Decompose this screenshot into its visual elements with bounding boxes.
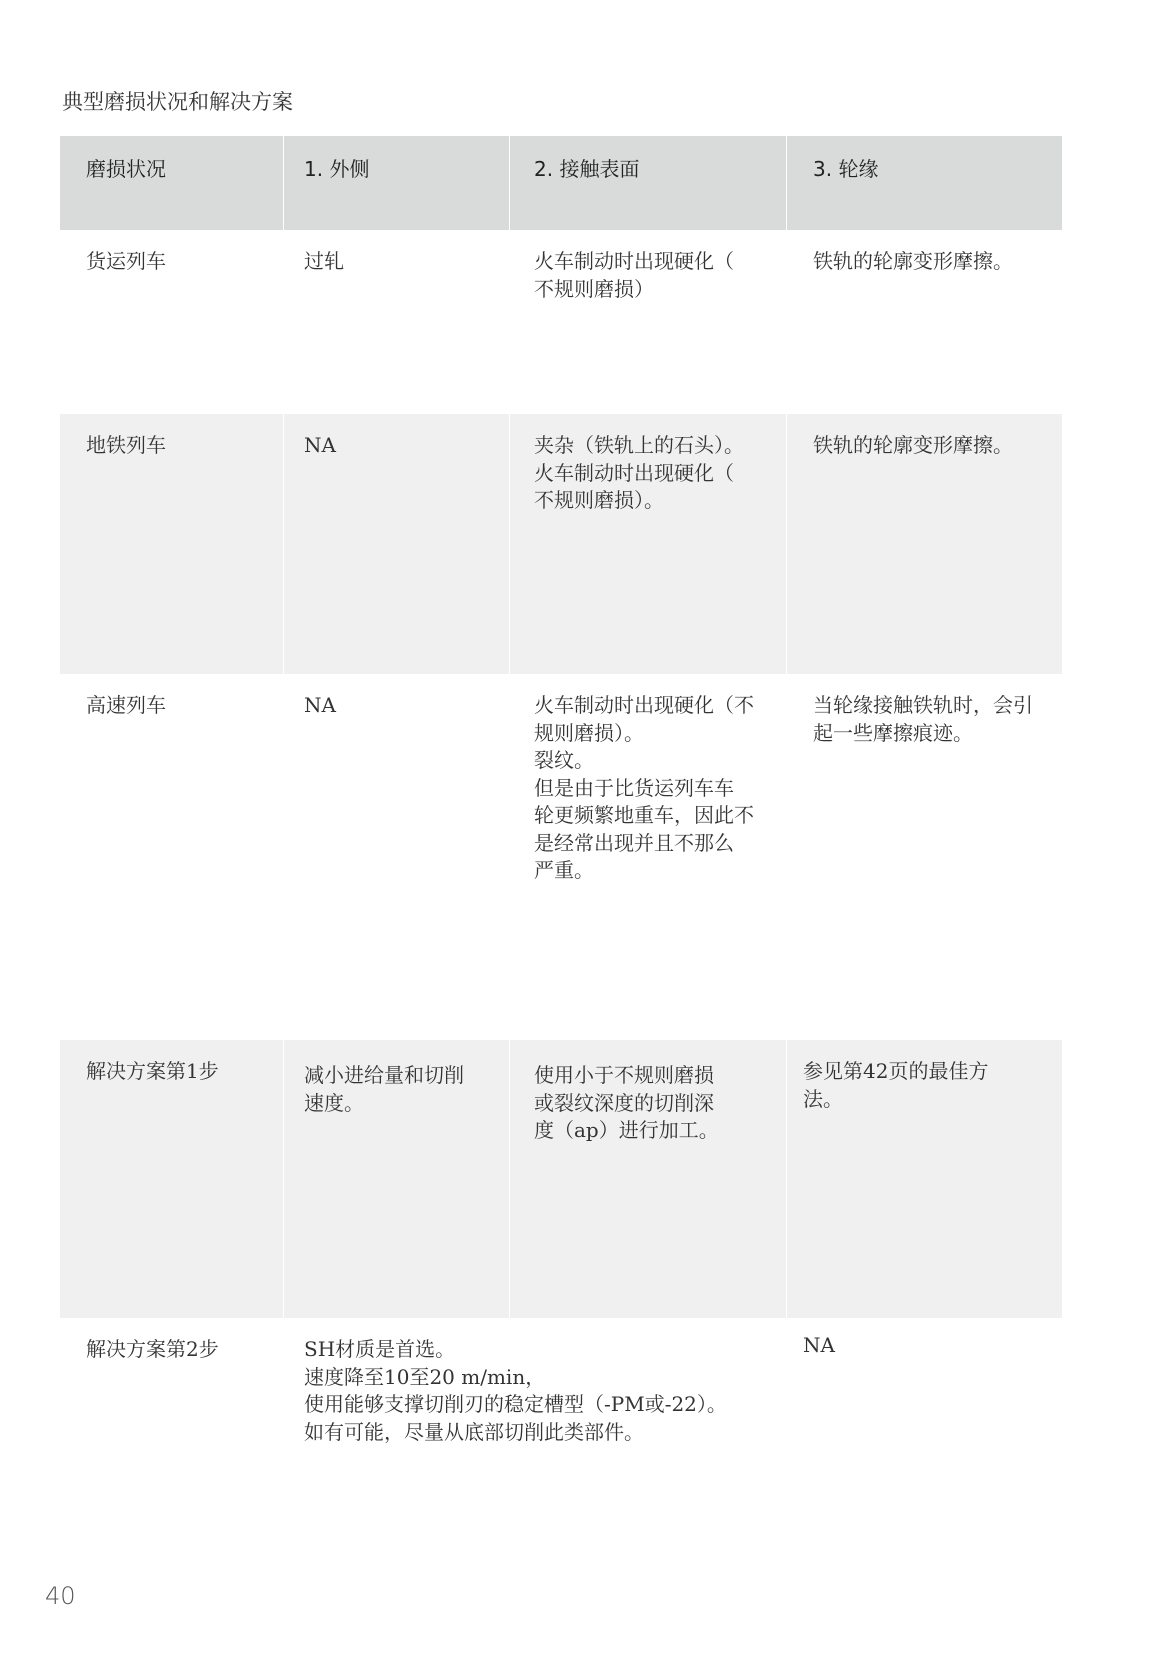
row-label: 高速列车	[60, 674, 284, 1040]
cell-outer-and-contact: SH材质是首选。 速度降至10至20 m/min， 使用能够支撑切削刃的稳定槽型…	[284, 1318, 787, 1568]
table-row-solution-step-2: 解决方案第2步 SH材质是首选。 速度降至10至20 m/min， 使用能够支撑…	[60, 1318, 1062, 1568]
table-row-freight-train: 货运列车 过轧 火车制动时出现硬化（ 不规则磨损） 铁轨的轮廓变形摩擦。	[60, 230, 1062, 414]
header-contact-surface: 2. 接触表面	[510, 136, 787, 230]
page-number: 40	[45, 1582, 76, 1610]
page-title: 典型磨损状况和解决方案	[62, 86, 293, 116]
cell-contact-surface: 火车制动时出现硬化（不 规则磨损）。 裂纹。 但是由于比货运列车车 轮更频繁地重…	[510, 674, 787, 1040]
cell-flange: 铁轨的轮廓变形摩擦。	[787, 414, 1062, 674]
header-flange: 3. 轮缘	[787, 136, 1062, 230]
cell-flange: 当轮缘接触铁轨时，会引 起一些摩擦痕迹。	[787, 674, 1062, 1040]
cell-contact-surface: 夹杂（铁轨上的石头）。 火车制动时出现硬化（ 不规则磨损）。	[510, 414, 787, 674]
row-label: 解决方案第1步	[60, 1040, 284, 1318]
cell-outer: 过轧	[284, 230, 510, 414]
cell-outer: NA	[284, 674, 510, 1040]
cell-flange: NA	[787, 1318, 1062, 1568]
cell-outer: 减小进给量和切削 速度。	[284, 1040, 510, 1318]
row-label: 货运列车	[60, 230, 284, 414]
row-label: 解决方案第2步	[60, 1318, 284, 1568]
cell-flange: 铁轨的轮廓变形摩擦。	[787, 230, 1062, 414]
cell-contact-surface: 火车制动时出现硬化（ 不规则磨损）	[510, 230, 787, 414]
row-label: 地铁列车	[60, 414, 284, 674]
table-row-high-speed-train: 高速列车 NA 火车制动时出现硬化（不 规则磨损）。 裂纹。 但是由于比货运列车…	[60, 674, 1062, 1040]
table-header-row: 磨损状况 1. 外侧 2. 接触表面 3. 轮缘	[60, 136, 1062, 230]
cell-flange: 参见第42页的最佳方 法。	[787, 1040, 1062, 1318]
header-wear-condition: 磨损状况	[60, 136, 284, 230]
table-row-solution-step-1: 解决方案第1步 减小进给量和切削 速度。 使用小于不规则磨损 或裂纹深度的切削深…	[60, 1040, 1062, 1318]
cell-contact-surface: 使用小于不规则磨损 或裂纹深度的切削深 度（ap）进行加工。	[510, 1040, 787, 1318]
wear-conditions-table: 磨损状况 1. 外侧 2. 接触表面 3. 轮缘 货运列车 过轧 火车制动时出现…	[60, 136, 1062, 1568]
table-row-metro-train: 地铁列车 NA 夹杂（铁轨上的石头）。 火车制动时出现硬化（ 不规则磨损）。 铁…	[60, 414, 1062, 674]
cell-outer: NA	[284, 414, 510, 674]
header-outer: 1. 外侧	[284, 136, 510, 230]
